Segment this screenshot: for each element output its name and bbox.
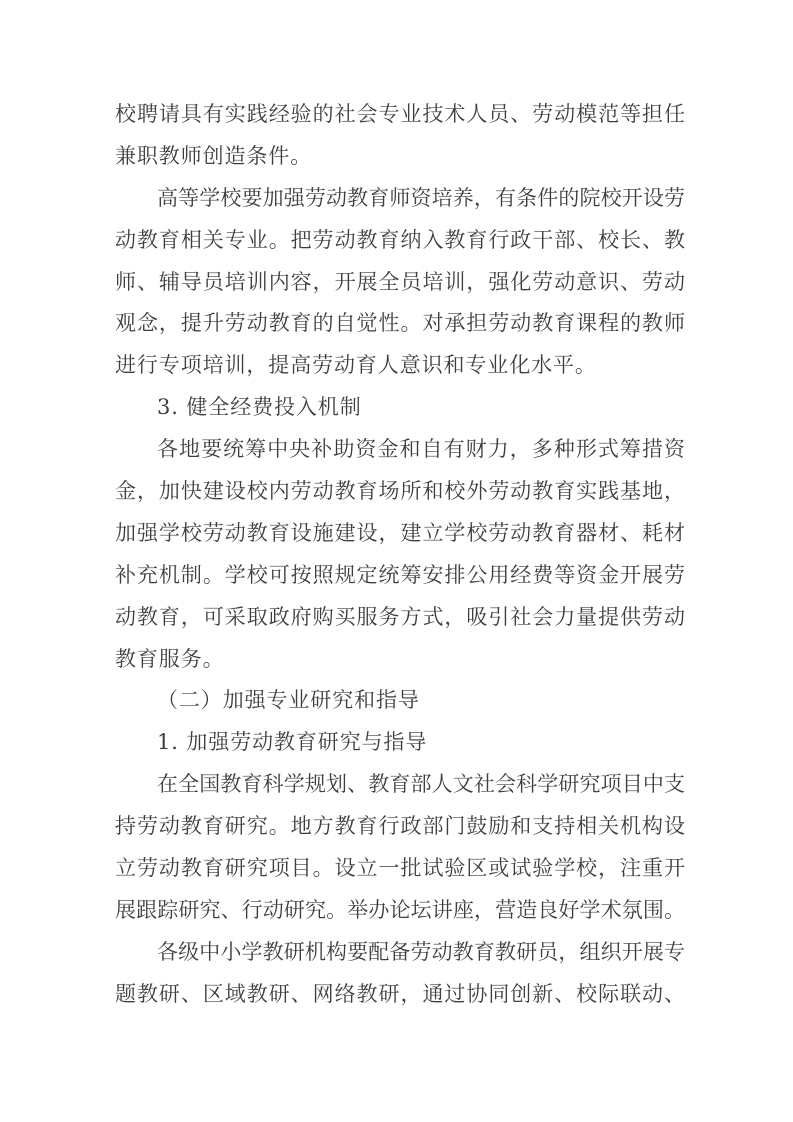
section-heading: （二）加强专业研究和指导 — [115, 680, 685, 722]
text-line: 立劳动教育研究项目。设立一批试验区或试验学校，注重开 — [115, 848, 685, 890]
section-heading: 1. 加强劳动教育研究与指导 — [115, 722, 685, 764]
text-line: 进行专项培训，提高劳动育人意识和专业化水平。 — [115, 345, 685, 387]
text-block: 校聘请具有实践经验的社会专业技术人员、劳动模范等担任 兼职教师创造条件。 高等学… — [115, 94, 685, 1016]
text-line: 兼职教师创造条件。 — [115, 136, 685, 178]
document-page: 校聘请具有实践经验的社会专业技术人员、劳动模范等担任 兼职教师创造条件。 高等学… — [0, 0, 793, 1122]
text-line: 持劳动教育研究。地方教育行政部门鼓励和支持相关机构设 — [115, 806, 685, 848]
text-line: 加强学校劳动教育设施建设，建立学校劳动教育器材、耗材 — [115, 513, 685, 555]
text-line: 动教育相关专业。把劳动教育纳入教育行政干部、校长、教 — [115, 220, 685, 262]
text-line: 高等学校要加强劳动教育师资培养，有条件的院校开设劳 — [115, 178, 685, 220]
text-line: 各地要统筹中央补助资金和自有财力，多种形式筹措资 — [115, 429, 685, 471]
text-line: 动教育，可采取政府购买服务方式，吸引社会力量提供劳动 — [115, 597, 685, 639]
text-line: 各级中小学教研机构要配备劳动教育教研员，组织开展专 — [115, 932, 685, 974]
text-line: 金，加快建设校内劳动教育场所和校外劳动教育实践基地， — [115, 471, 685, 513]
text-line: 补充机制。学校可按照规定统筹安排公用经费等资金开展劳 — [115, 555, 685, 597]
text-line: 师、辅导员培训内容，开展全员培训，强化劳动意识、劳动 — [115, 262, 685, 304]
section-heading: 3. 健全经费投入机制 — [115, 387, 685, 429]
text-line: 在全国教育科学规划、教育部人文社会科学研究项目中支 — [115, 764, 685, 806]
text-line: 校聘请具有实践经验的社会专业技术人员、劳动模范等担任 — [115, 94, 685, 136]
text-line: 教育服务。 — [115, 639, 685, 681]
text-line: 观念，提升劳动教育的自觉性。对承担劳动教育课程的教师 — [115, 303, 685, 345]
text-line: 题教研、区域教研、网络教研，通过协同创新、校际联动、 — [115, 974, 685, 1016]
text-line: 展跟踪研究、行动研究。举办论坛讲座，营造良好学术氛围。 — [115, 890, 685, 932]
